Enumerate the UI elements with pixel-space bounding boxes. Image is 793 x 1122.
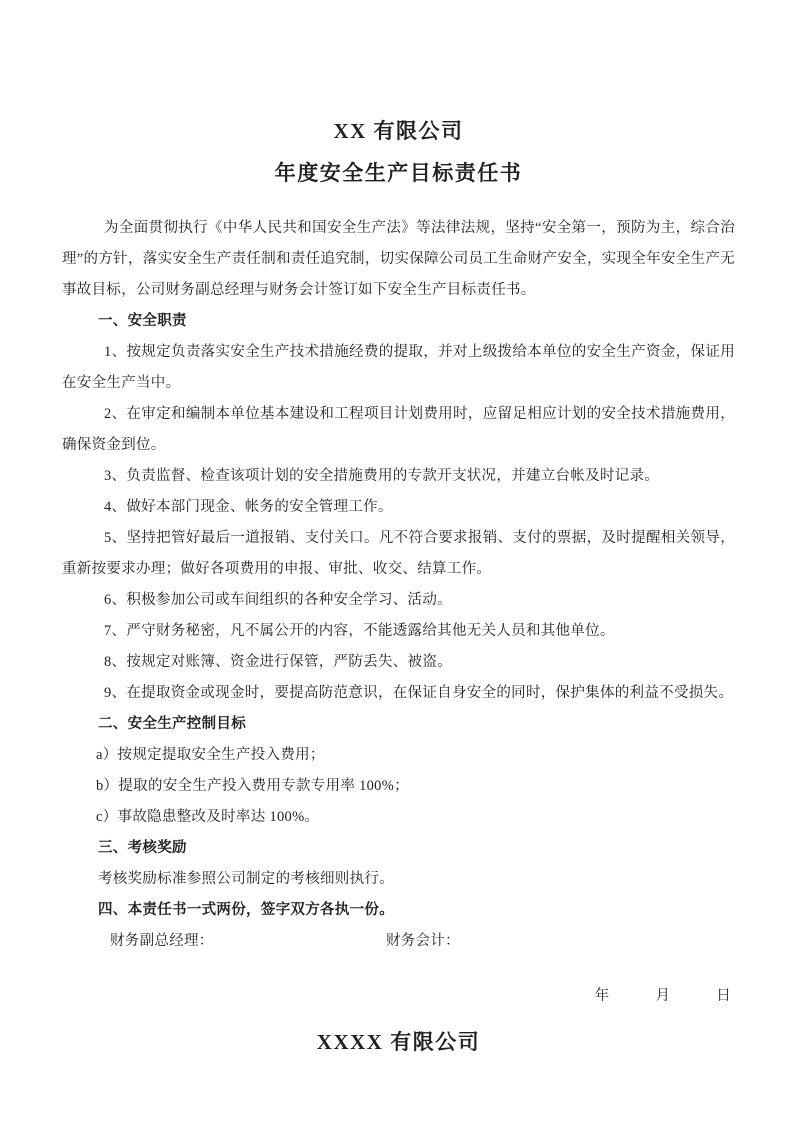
duty-item-7: 7、严守财务秘密，凡不属公开的内容，不能透露给其他无关人员和其他单位。 — [62, 616, 735, 647]
duty-item-3: 3、负责监督、检查该项计划的安全措施费用的专款开支状况，并建立台帐及时记录。 — [62, 461, 735, 492]
signature-row: 财务副总经理： 财务会计： — [62, 926, 735, 957]
section-3-heading: 三、考核奖励 — [62, 833, 735, 864]
document-title: 年度安全生产目标责任书 — [62, 159, 735, 187]
footer-company-title: XXXX 有限公司 — [62, 1027, 735, 1057]
company-title: XX 有限公司 — [62, 117, 735, 145]
date-day-label: 日 — [716, 981, 731, 1012]
duty-item-4: 4、做好本部门现金、帐务的安全管理工作。 — [62, 492, 735, 523]
section-1-heading: 一、安全职责 — [62, 306, 735, 337]
section-4-heading: 四、本责任书一式两份，签字双方各执一份。 — [62, 895, 735, 926]
date-year-label: 年 — [595, 988, 610, 1004]
document-body: 为全面贯彻执行《中华人民共和国安全生产法》等法律法规，坚持“安全第一，预防为主，… — [62, 213, 735, 957]
duty-item-9: 9、在提取资金或现金时，要提高防范意识，在保证自身安全的同时，保护集体的利益不受… — [62, 678, 735, 709]
control-target-c: c）事故隐患整改及时率达 100%。 — [62, 802, 735, 833]
section-3-body: 考核奖励标准参照公司制定的考核细则执行。 — [62, 864, 735, 895]
duty-item-8: 8、按规定对账簿、资金进行保管，严防丢失、被盗。 — [62, 647, 735, 678]
document-content: XX 有限公司 年度安全生产目标责任书 为全面贯彻执行《中华人民共和国安全生产法… — [0, 0, 793, 1057]
duty-item-2: 2、在审定和编制本单位基本建设和工程项目计划费用时，应留足相应计划的安全技术措施… — [62, 399, 735, 461]
date-month-label: 月 — [655, 981, 670, 1012]
control-target-a: a）按规定提取安全生产投入费用； — [62, 740, 735, 771]
duty-item-1: 1、按规定负责落实安全生产技术措施经费的提取，并对上级拨给本单位的安全生产资金，… — [62, 337, 735, 399]
signature-label-finance-accountant: 财务会计： — [386, 933, 460, 949]
document-page: XX 有限公司 年度安全生产目标责任书 为全面贯彻执行《中华人民共和国安全生产法… — [0, 0, 793, 1122]
section-2-heading: 二、安全生产控制目标 — [62, 709, 735, 740]
duty-item-6: 6、积极参加公司或车间组织的各种安全学习、活动。 — [62, 585, 735, 616]
duty-item-5: 5、坚持把管好最后一道报销、支付关口。凡不符合要求报销、支付的票据，及时提醒相关… — [62, 523, 735, 585]
date-row: 年 月 日 — [62, 981, 735, 1012]
control-target-b: b）提取的安全生产投入费用专款专用率 100%； — [62, 771, 735, 802]
signature-label-deputy-finance-manager: 财务副总经理： — [110, 926, 382, 957]
intro-paragraph: 为全面贯彻执行《中华人民共和国安全生产法》等法律法规，坚持“安全第一，预防为主，… — [62, 213, 735, 306]
